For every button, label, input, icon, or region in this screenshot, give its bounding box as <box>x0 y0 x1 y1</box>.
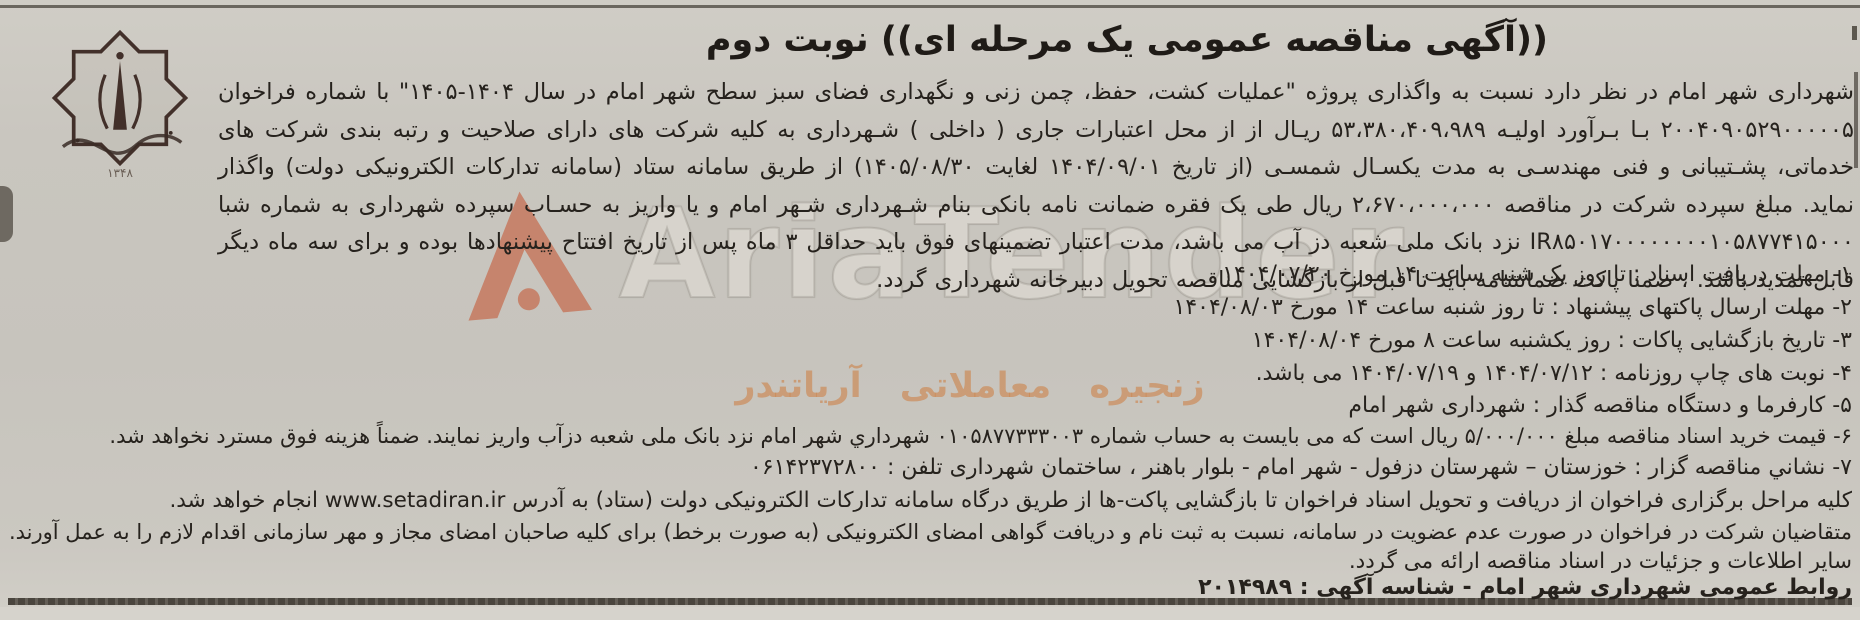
ad-body-paragraph: شهرداری شهر امام در نظر دارد نسبت به واگ… <box>218 74 1854 266</box>
ad-content: ((آگهی مناقصه عمومی یک مرحله ای)) نوبت د… <box>0 0 1860 620</box>
signature-line: روابط عمومی شهرداری شهر امام - شناسه آگه… <box>8 573 1852 603</box>
newspaper-tender-ad: ۱۳۴۸ AriaTender زنجیره معاملاتی آریاتندر… <box>0 0 1860 620</box>
municipality-logo: ۱۳۴۸ <box>42 24 198 194</box>
tender-item-opening-date: ۳- تاریخ بازگشایی پاکات : روز یکشنبه ساع… <box>8 326 1852 356</box>
note-registration: متقاضیان شرکت در فراخوان در صورت عدم عضو… <box>8 517 1852 547</box>
tender-item-address: ۷- نشاني مناقصه گزار : خوزستان – شهرستان… <box>8 453 1852 483</box>
tender-item-document-price: ۶- قیمت خرید اسناد مناقصه مبلغ ۵/۰۰۰/۰۰۰… <box>8 421 1852 451</box>
tender-item-deadline-docs: ۱- مهلت دریافت اسناد : تا روز یک شنبه سا… <box>8 260 1852 290</box>
tender-item-publication-dates: ۴- نوبت های چاپ روزنامه : ۱۴۰۴/۰۷/۱۲ و ۱… <box>8 359 1852 389</box>
logo-caption: ۱۳۴۸ <box>42 166 198 180</box>
eight-point-star-emblem-icon <box>42 24 198 172</box>
note-setad-portal: کلیه مراحل برگزاری فراخوان از دریافت و ت… <box>8 486 1852 516</box>
ad-title: ((آگهی مناقصه عمومی یک مرحله ای)) نوبت د… <box>706 20 1548 60</box>
tender-item-employer: ۵- کارفرما و دستگاه مناقصه گذار : شهردار… <box>8 391 1852 421</box>
tender-item-deadline-envelopes: ۲- مهلت ارسال پاکتهای پیشنهاد : تا روز ش… <box>8 293 1852 323</box>
